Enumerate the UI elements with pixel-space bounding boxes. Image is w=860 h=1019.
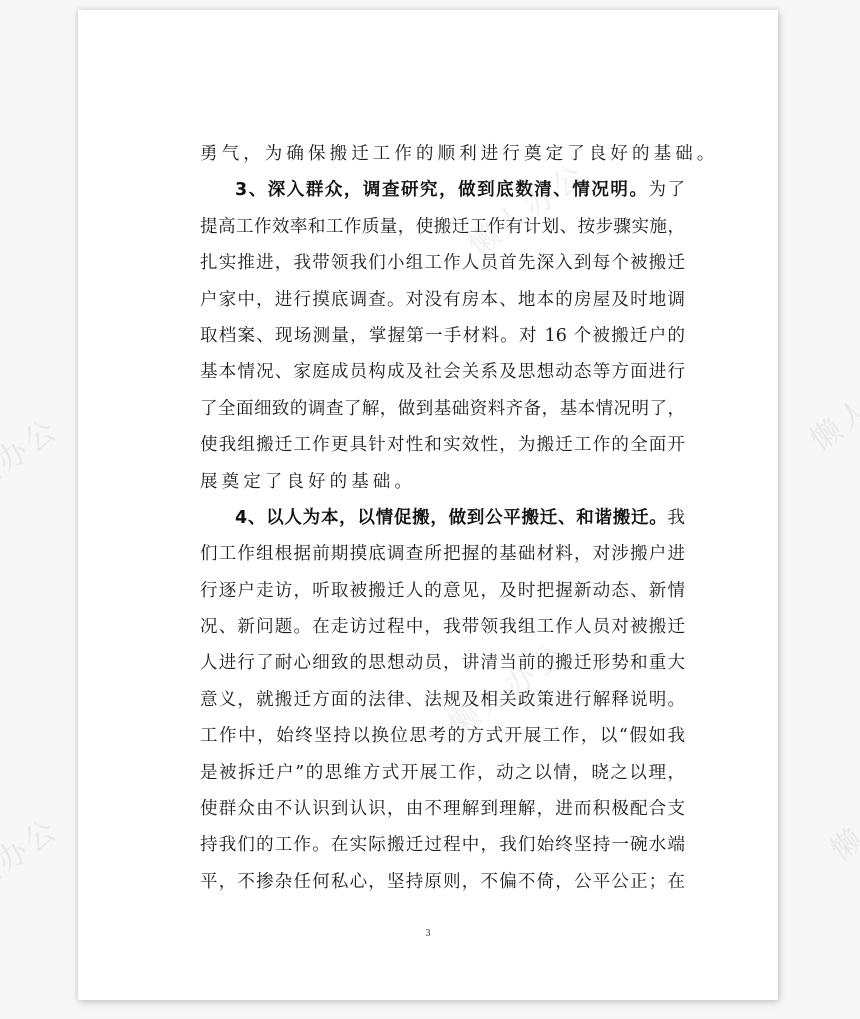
- text-run: 为了: [648, 180, 685, 200]
- text-line: 户家中，进行摸底调查。对没有房本、地本的房屋及时地调: [200, 282, 685, 318]
- text-line: 们工作组根据前期摸底调查所把握的基础材料，对涉搬户进: [200, 536, 685, 572]
- text-line: 展奠定了良好的基础。: [200, 464, 685, 500]
- watermark: 懒人办公: [820, 755, 860, 869]
- section-heading-line: 3、深入群众，调查研究，做到底数清、情况明。为了: [200, 172, 685, 208]
- text-line: 意义，就搬迁方面的法律、法规及相关政策进行解释说明。: [200, 682, 685, 718]
- body-text: 勇气，为确保搬迁工作的顺利进行奠定了良好的基础。 3、深入群众，调查研究，做到底…: [200, 136, 685, 900]
- text-line: 人进行了耐心细致的思想动员，讲清当前的搬迁形势和重大: [200, 645, 685, 681]
- text-line: 勇气，为确保搬迁工作的顺利进行奠定了良好的基础。: [200, 136, 685, 172]
- text-line: 提高工作效率和工作质量，使搬迁工作有计划、按步骤实施，: [200, 209, 685, 245]
- text-line: 扎实推进，我带领我们小组工作人员首先深入到每个被搬迁: [200, 245, 685, 281]
- text-run: 我: [668, 508, 686, 528]
- text-line: 使我组搬迁工作更具针对性和实效性，为搬迁工作的全面开: [200, 427, 685, 463]
- text-line: 基本情况、家庭成员构成及社会关系及思想动态等方面进行: [200, 354, 685, 390]
- watermark: 懒人办公: [0, 805, 66, 919]
- text-line: 取档案、现场测量，掌握第一手材料。对 16 个被搬迁户的: [200, 318, 685, 354]
- text-line: 是被拆迁户”的思维方式开展工作，动之以情，晓之以理，: [200, 755, 685, 791]
- section-heading: 3、深入群众，调查研究，做到底数清、情况明。: [235, 180, 648, 200]
- section-heading: 4、以人为本，以情促搬，做到公平搬迁、和谐搬迁。: [235, 508, 668, 528]
- text-line: 了全面细致的调查了解，做到基础资料齐备，基本情况明了，: [200, 391, 685, 427]
- watermark: 懒人办公: [800, 345, 860, 459]
- text-line: 平，不掺杂任何私心，坚持原则，不偏不倚，公平公正；在: [200, 864, 685, 900]
- section-heading-line: 4、以人为本，以情促搬，做到公平搬迁、和谐搬迁。我: [200, 500, 685, 536]
- document-page: 懒人办公 懒人办公 勇气，为确保搬迁工作的顺利进行奠定了良好的基础。 3、深入群…: [78, 10, 778, 1000]
- text-line: 工作中，始终坚持以换位思考的方式开展工作，以“假如我: [200, 718, 685, 754]
- text-line: 况、新问题。在走访过程中，我带领我组工作人员对被搬迁: [200, 609, 685, 645]
- text-line: 行逐户走访，听取被搬迁人的意见，及时把握新动态、新情: [200, 573, 685, 609]
- page-number: 3: [78, 928, 778, 939]
- text-line: 使群众由不认识到认识，由不理解到理解，进而积极配合支: [200, 791, 685, 827]
- document-viewer: 懒人办公 懒人办公 懒人办公 懒人办公 懒人办公 懒人办公 勇气，为确保搬迁工作…: [0, 0, 860, 1019]
- watermark: 懒人办公: [0, 405, 66, 519]
- text-line: 持我们的工作。在实际搬迁过程中，我们始终坚持一碗水端: [200, 827, 685, 863]
